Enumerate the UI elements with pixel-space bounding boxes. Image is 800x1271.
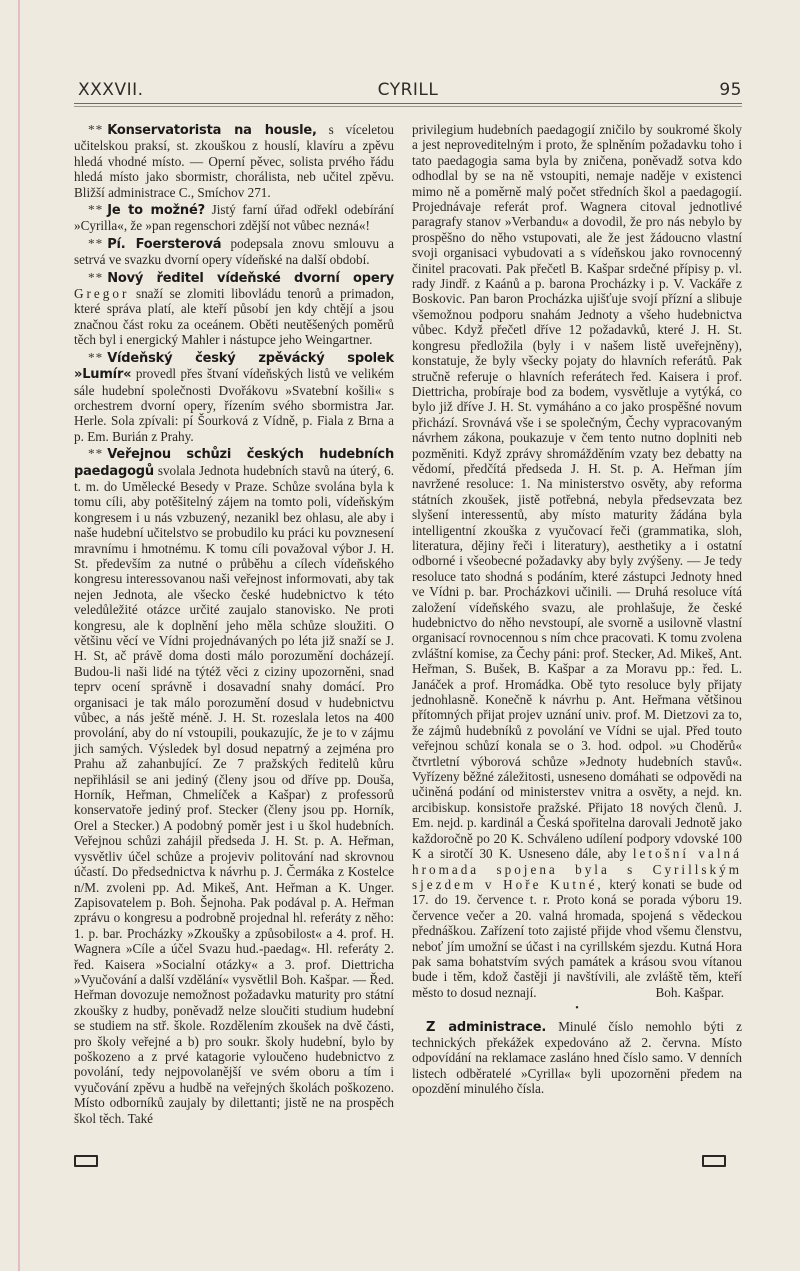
- spaced-name: Gregor: [74, 286, 129, 301]
- notice-is-it-possible: **Je to možné? Jistý farní úřad odřekl o…: [74, 202, 394, 234]
- margin-line: [18, 0, 20, 1271]
- notice-heading: Z administrace.: [426, 1020, 546, 1035]
- notice-lumir-society: **Vídeňský český zpěvácký spolek »Lumír«…: [74, 350, 394, 444]
- notice-new-opera-director: **Nový ředitel vídeňské dvorní opery Gre…: [74, 270, 394, 348]
- section-separator: •: [412, 1003, 742, 1015]
- notice-heading: Nový ředitel vídeňské dvorní opery: [107, 271, 394, 286]
- notice-text: svolala Jednota hudebních stavů na úterý…: [74, 463, 394, 1126]
- header-rule: [74, 103, 742, 107]
- notice-public-meeting: **Veřejnou schůzi českých hudebních paed…: [74, 446, 394, 1126]
- asterisks-marker: **: [88, 446, 103, 461]
- two-column-body: **Konservatorista na housle, s víceletou…: [74, 122, 742, 1126]
- notice-heading: Konservatorista na housle,: [107, 123, 317, 138]
- body-text: privilegium hudebních paedagogií zničilo…: [412, 122, 742, 861]
- asterisks-marker: **: [88, 202, 103, 217]
- page: XXXVII. CYRILL 95 **Konservatorista na h…: [74, 80, 742, 107]
- left-column: **Konservatorista na housle, s víceletou…: [74, 122, 394, 1126]
- journal-title: CYRILL: [74, 80, 742, 100]
- notice-conservatory-violinist: **Konservatorista na housle, s víceletou…: [74, 122, 394, 200]
- asterisks-marker: **: [88, 270, 103, 285]
- notice-administration: Z administrace. Minulé číslo nemohlo být…: [412, 1019, 742, 1097]
- running-head: XXXVII. CYRILL 95: [74, 80, 742, 102]
- body-text: který konati se bude od 17. do 19. červe…: [412, 877, 742, 1000]
- page-number: 95: [719, 80, 742, 100]
- asterisks-marker: **: [88, 350, 103, 365]
- notice-foersterova: **Pí. Foersterová podepsala znovu smlouv…: [74, 236, 394, 268]
- end-of-column-mark-icon: [74, 1155, 98, 1167]
- asterisks-marker: **: [88, 236, 103, 251]
- notice-heading: Je to možné?: [107, 203, 205, 218]
- right-column: privilegium hudebních paedagogií zničilo…: [412, 122, 742, 1126]
- asterisks-marker: **: [88, 122, 103, 137]
- notice-heading: Pí. Foersterová: [107, 237, 221, 252]
- meeting-report-continuation: privilegium hudebních paedagogií zničilo…: [412, 122, 742, 1000]
- end-of-column-mark-icon: [702, 1155, 726, 1167]
